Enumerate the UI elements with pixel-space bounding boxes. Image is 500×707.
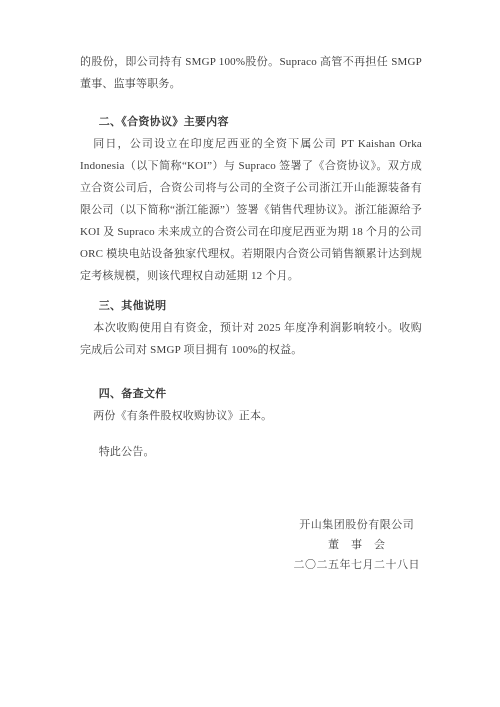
section-heading-other-notes: 三、其他说明 xyxy=(80,295,422,317)
board-of-directors: 董 事 会 xyxy=(294,535,421,555)
paragraph-reference-documents: 两份《有条件股权收购协议》正本。 xyxy=(80,405,422,427)
announcement-date: 二〇二五年七月二十八日 xyxy=(294,555,421,575)
section-heading-jv-agreement: 二、《合资协议》主要内容 xyxy=(80,111,422,133)
paragraph-jv-agreement-content: 同日，公司设立在印度尼西亚的全资下属公司 PT Kaishan Orka Ind… xyxy=(80,133,422,287)
announcement-page: 的股份，即公司持有 SMGP 100%股份。Supraco 高管不再担任 SMG… xyxy=(0,0,500,707)
signature-block: 开山集团股份有限公司 董 事 会 二〇二五年七月二十八日 xyxy=(294,515,421,575)
closing-statement: 特此公告。 xyxy=(80,441,422,463)
paragraph-other-notes: 本次收购使用自有资金，预计对 2025 年度净利润影响较小。收购完成后公司对 S… xyxy=(80,317,422,361)
paragraph-share-holding-continued: 的股份，即公司持有 SMGP 100%股份。Supraco 高管不再担任 SMG… xyxy=(80,51,422,95)
company-name: 开山集团股份有限公司 xyxy=(294,515,421,535)
section-heading-reference-documents: 四、备查文件 xyxy=(80,383,422,405)
